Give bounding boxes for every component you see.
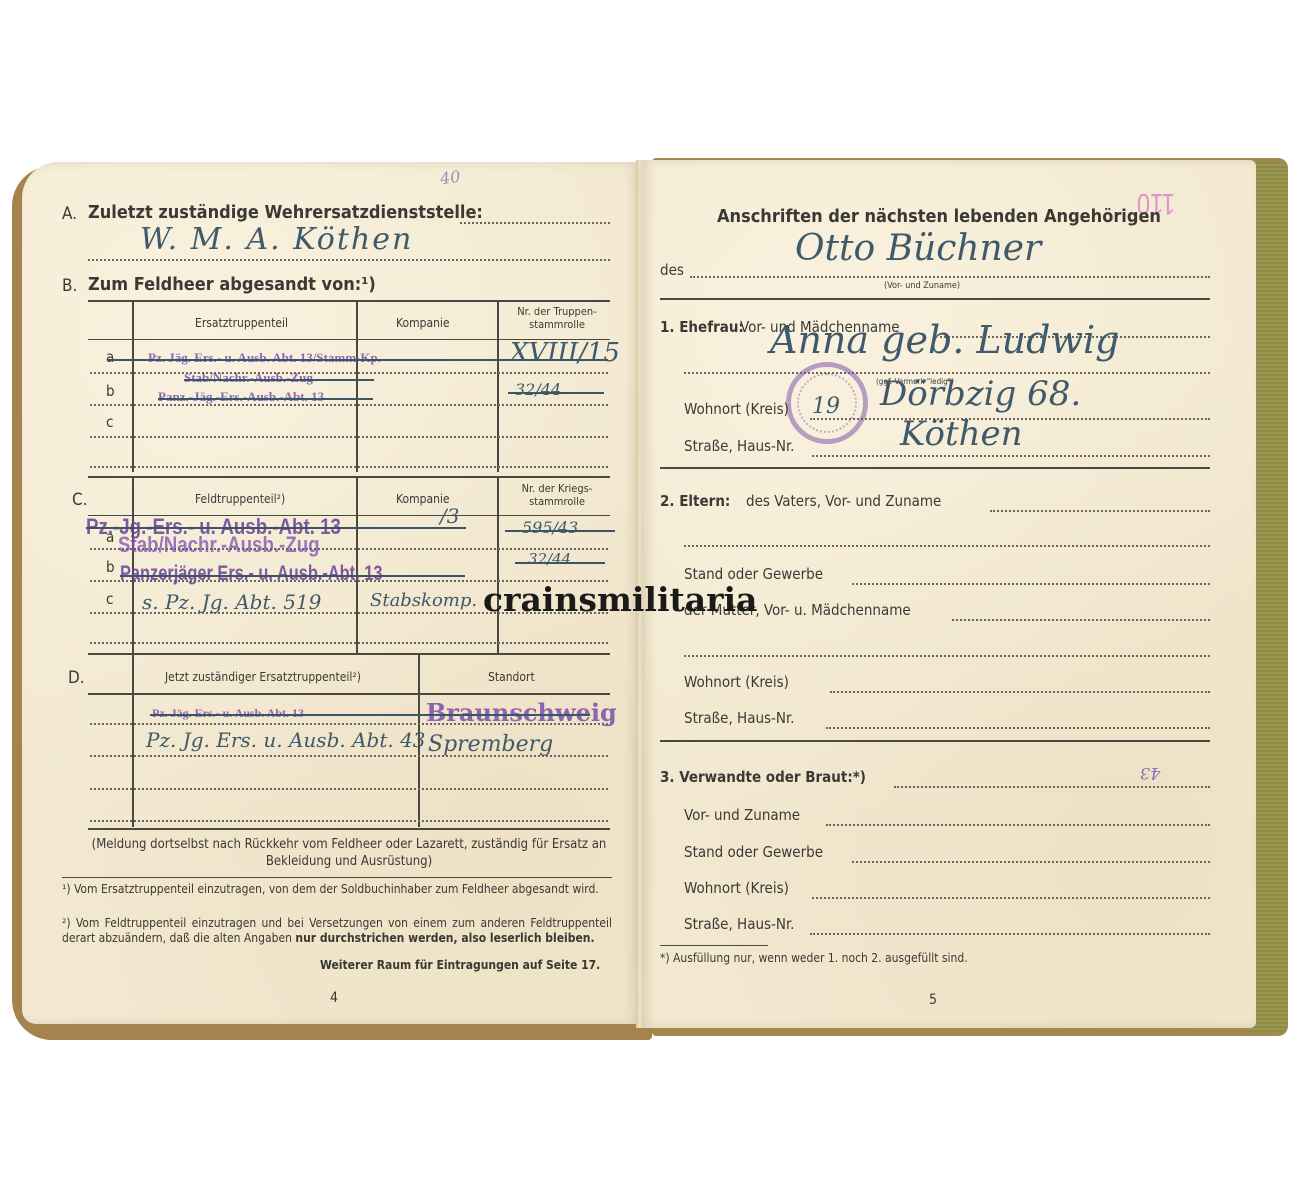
eltern-wohnort-label: Wohnort (Kreis) <box>684 673 789 691</box>
stamp-c-line2: Stab/Nachr.-Ausb.-Zug <box>118 532 320 558</box>
dotted-line <box>460 222 610 224</box>
dotted-line <box>684 655 1210 657</box>
dotted-line <box>852 861 1210 863</box>
table-b-header-ersatztruppenteil: Ersatztruppenteil <box>195 316 288 330</box>
dotted-line <box>990 510 1210 512</box>
dotted-line <box>826 824 1210 826</box>
strikethrough-line <box>86 527 466 529</box>
handwritten-ehefrau-strasse: Köthen <box>900 414 1023 454</box>
section-a-label: A. <box>62 204 77 224</box>
pencil-mark: 40 <box>439 167 462 189</box>
dotted-row-line <box>90 788 608 790</box>
section-3-title: 3. Verwandte oder Braut:*) <box>660 768 866 786</box>
stamp-b-line3: Panz.-Jäg.-Ers.-Ausb.-Abt. 13 <box>158 389 324 405</box>
table-c-header-feldtruppenteil: Feldtruppenteil²) <box>195 492 285 506</box>
dotted-line <box>812 897 1210 899</box>
stamp-c-line3: Panzerjäger Ers.- u. Ausb.-Abt. 13 <box>120 562 382 586</box>
margin-pencil-mark: 43 <box>1140 764 1160 783</box>
row-label-c: c <box>106 590 113 608</box>
table-b-header-nr: Nr. der Truppen-stammrolle <box>505 305 609 331</box>
right-footnote: *) Ausfüllung nur, wenn weder 1. noch 2.… <box>660 951 968 965</box>
dotted-line <box>812 455 1210 457</box>
dotted-row-line <box>90 820 608 822</box>
further-space-note: Weiterer Raum für Eintragungen auf Seite… <box>320 958 600 972</box>
dotted-line <box>826 727 1210 729</box>
strikethrough-line <box>120 575 465 577</box>
handwritten-nr-a: XVIII/15 <box>510 338 620 368</box>
eltern-strasse-label: Straße, Haus-Nr. <box>684 709 794 727</box>
row-label-b: b <box>106 558 115 576</box>
table-c-bottom-rule <box>88 653 610 655</box>
section-1-title: 1. Ehefrau: <box>660 318 744 336</box>
section-b-title: Zum Feldheer abgesandt von:¹) <box>88 274 376 295</box>
strikethrough-line <box>150 714 590 716</box>
dotted-row-line <box>90 436 608 438</box>
handwritten-wehrersatz: W. M. A. Köthen <box>140 222 413 257</box>
section-2-title: 2. Eltern: <box>660 492 730 510</box>
vater-label: des Vaters, Vor- und Zuname <box>746 492 941 510</box>
section-d-label: D. <box>68 668 85 688</box>
dotted-line <box>810 933 1210 935</box>
right-page-title: Anschriften der nächsten lebenden Angehö… <box>717 206 1161 227</box>
table-d-bottom-rule <box>88 828 610 830</box>
table-b-col-divider <box>132 300 134 472</box>
handwritten-nr-b: 32/44 <box>528 550 571 568</box>
dotted-line <box>684 545 1210 547</box>
footnote-2: ²) Vom Feldtruppenteil einzutragen und b… <box>62 916 612 946</box>
handwritten-nr-a: 595/43 <box>522 518 578 537</box>
stamp-number: 19 <box>812 394 840 419</box>
table-c-col-divider <box>497 476 499 654</box>
dotted-line <box>852 583 1210 585</box>
page-number-right: 5 <box>929 992 937 1008</box>
stamp-b-line2: Stab/Nachr.-Ausb.-Zug <box>184 370 313 386</box>
table-d-col-divider <box>132 655 134 827</box>
stamp-b-line1: Pz. Jäg. Ers.- u. Ausb. Abt. 13/Stamm-Kp… <box>148 350 381 366</box>
table-d-header-standort: Standort <box>488 670 535 684</box>
watermark-text: crainsmilitaria <box>483 580 757 619</box>
stamp-d-standort: Braunschweig <box>426 698 617 727</box>
handwritten-soldier-name: Otto Büchner <box>795 228 1041 269</box>
table-b-top-rule <box>88 300 610 302</box>
section-rule <box>660 740 1210 742</box>
verwandte-name-label: Vor- und Zuname <box>684 806 800 824</box>
table-c-header-nr: Nr. der Kriegs-stammrolle <box>505 482 609 508</box>
table-d-header-rule <box>88 693 610 695</box>
handwritten-d-unit: Pz. Jg. Ers. u. Ausb. Abt. 43 <box>146 728 426 752</box>
handwritten-feldtruppenteil-c: s. Pz. Jg. Abt. 519 <box>142 590 321 614</box>
row-label-b: b <box>106 382 115 400</box>
handwritten-d-standort: Spremberg <box>428 732 553 757</box>
footnote-rule <box>660 945 768 946</box>
row-label-a: a <box>106 348 114 366</box>
dotted-row-line <box>90 466 608 468</box>
table-b-col-divider <box>356 300 358 472</box>
table-b-header-kompanie: Kompanie <box>396 316 450 330</box>
dotted-line <box>830 691 1210 693</box>
strikethrough-line <box>505 530 615 532</box>
dotted-line <box>690 276 1210 278</box>
row-label-c: c <box>106 413 113 431</box>
handwritten-komp-c: Stabskomp. <box>370 590 477 611</box>
handwritten-komp-a: /3 <box>440 504 459 528</box>
handwritten-ehefrau-wohnort: Dörbzig 68. <box>880 374 1081 414</box>
handwritten-ehefrau-name: Anna geb. Ludwig <box>770 318 1119 362</box>
table-c-top-rule <box>88 476 610 478</box>
ehefrau-strasse-label: Straße, Haus-Nr. <box>684 437 794 455</box>
table-d-header-unit: Jetzt zuständiger Ersatztruppenteil²) <box>165 670 361 684</box>
des-caption: (Vor- und Zuname) <box>884 281 960 291</box>
section-a-title: Zuletzt zuständige Wehrersatzdienststell… <box>88 202 483 223</box>
section-rule <box>660 298 1210 300</box>
verwandte-wohnort-label: Wohnort (Kreis) <box>684 879 789 897</box>
section-c-label: C. <box>72 490 88 510</box>
footnote-rule <box>62 877 612 878</box>
des-label: des <box>660 261 684 279</box>
footnote-1: ¹) Vom Ersatztruppenteil einzutragen, vo… <box>62 882 612 897</box>
footnote-2-emphasis: nur durchstrichen werden, also leserlich… <box>295 931 594 945</box>
strikethrough-line <box>158 398 373 400</box>
page-number-left: 4 <box>330 990 338 1006</box>
strikethrough-line <box>515 562 605 564</box>
page-content: 40 A. Zuletzt zuständige Wehrersatzdiens… <box>0 0 1300 1200</box>
strikethrough-line <box>508 392 604 394</box>
dotted-row-line <box>90 642 608 644</box>
verwandte-stand-label: Stand oder Gewerbe <box>684 843 823 861</box>
meldung-note: (Meldung dortselbst nach Rückkehr vom Fe… <box>88 836 610 870</box>
verwandte-strasse-label: Straße, Haus-Nr. <box>684 915 794 933</box>
dotted-line <box>894 786 1210 788</box>
section-b-label: B. <box>62 276 77 296</box>
dotted-row-line <box>90 372 608 374</box>
dotted-line <box>952 619 1210 621</box>
strikethrough-line <box>184 379 374 381</box>
handwritten-nr-b: 32/44 <box>515 380 561 399</box>
table-b-col-divider <box>497 300 499 472</box>
ehefrau-wohnort-label: Wohnort (Kreis) <box>684 400 789 418</box>
section-rule <box>660 467 1210 469</box>
dotted-line <box>88 259 610 261</box>
